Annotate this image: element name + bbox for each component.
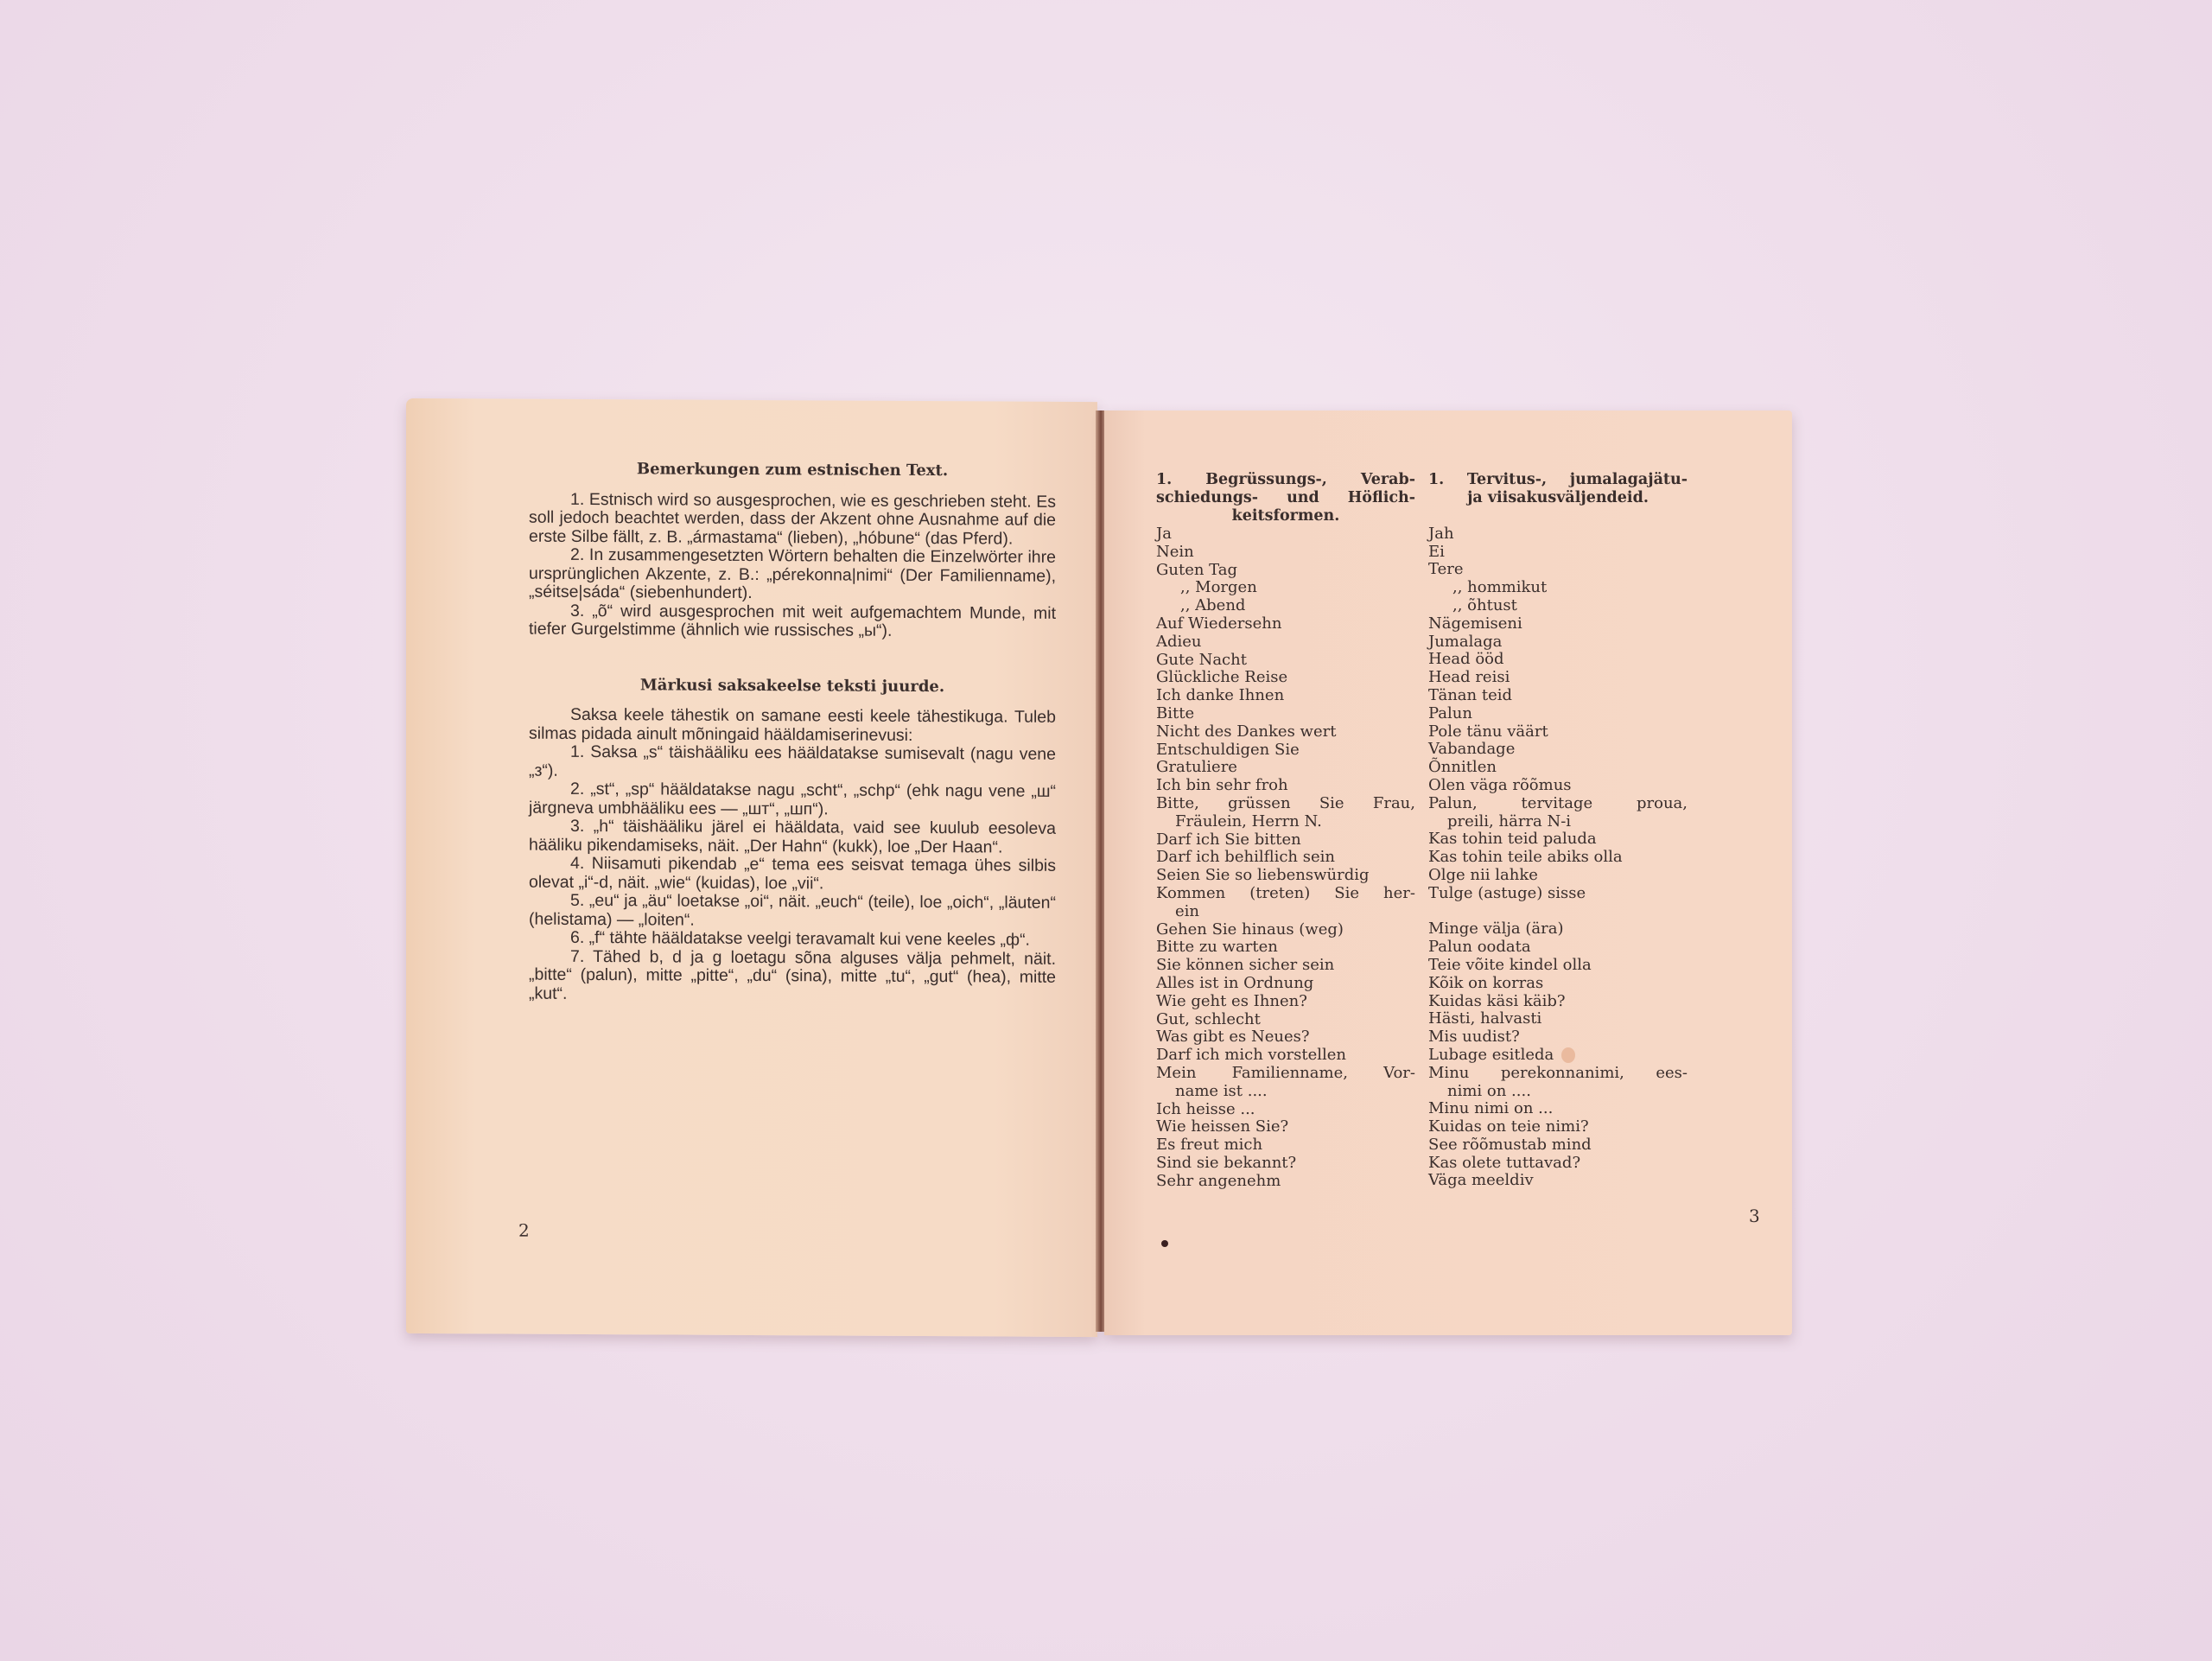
phrase-entry: ein [1156, 903, 1415, 921]
phrase-entry: Kas tohin teile abiks olla [1428, 849, 1688, 867]
phrase-entry: Gratuliere [1156, 759, 1415, 777]
phrase-entry: Teie võite kindel olla [1428, 957, 1688, 975]
phrase-entry: Es freut mich [1156, 1136, 1415, 1155]
phrase-entry: Bitte zu warten [1156, 939, 1415, 957]
phrase-entry: Wie heissen Sie? [1156, 1118, 1415, 1136]
left-page-content: Bemerkungen zum estnischen Text. 1. Estn… [529, 460, 1056, 1006]
phrase-entry: Ja [1156, 525, 1415, 544]
phrase-entry: Tere [1428, 561, 1688, 579]
note-paragraph: 1. Estnisch wird so ausgesprochen, wie e… [529, 490, 1056, 549]
phrase-entry: Kuidas käsi käib? [1428, 993, 1688, 1011]
note-paragraph: 3. „õ“ wird ausgesprochen mit weit aufge… [529, 601, 1056, 641]
phrase-entry: Lubage esitleda [1428, 1047, 1688, 1065]
phrase-entry: Sie können sicher sein [1156, 957, 1415, 975]
phrase-entry: Kas olete tuttavad? [1428, 1155, 1688, 1173]
phrase-entry: Tulge (astuge) sisse [1428, 885, 1688, 903]
german-notes-intro: Saksa keele tähestik on samane eesti kee… [529, 706, 1056, 746]
note-paragraph: 3. „h“ täishääliku järel ei hääldata, va… [529, 818, 1056, 857]
phrase-entry: Olen väga rõõmus [1428, 777, 1688, 795]
estonian-notes-paragraphs: 1. Estnisch wird so ausgesprochen, wie e… [529, 490, 1056, 641]
phrase-entry: Palun, tervitage proua, [1428, 795, 1688, 813]
phrase-entry: ,, Morgen [1156, 579, 1415, 597]
phrase-entry: Väga meeldiv [1428, 1172, 1688, 1190]
phrase-entry: Ich danke Ihnen [1156, 687, 1415, 705]
phrase-entry: Glückliche Reise [1156, 669, 1415, 687]
phrase-entry: Kõik on korras [1428, 975, 1688, 993]
page-number-left: 2 [518, 1220, 530, 1241]
phrase-entry: Wie geht es Ihnen? [1156, 993, 1415, 1011]
phrase-entry: nimi on .... [1428, 1083, 1688, 1101]
paper-stain [1561, 1047, 1575, 1063]
phrase-entry: Jumalaga [1428, 633, 1688, 652]
note-paragraph: 2. „st“, „sp“ hääldatakse nagu „scht“, „… [529, 780, 1056, 820]
phrase-entry: Gehen Sie hinaus (weg) [1156, 921, 1415, 939]
note-paragraph: 1. Saksa „s“ täishääliku ees hääldatakse… [529, 743, 1056, 783]
phrase-entry: Fräulein, Herrn N. [1156, 813, 1415, 831]
note-paragraph: 5. „eu“ ja „äu“ loetakse „oi“, näit. „eu… [529, 892, 1056, 932]
phrase-entry: Ei [1428, 544, 1688, 562]
phrase-entry: Darf ich mich vorstellen [1156, 1047, 1415, 1065]
phrase-entry: Bitte [1156, 705, 1415, 723]
phrase-entry: Darf ich Sie bitten [1156, 831, 1415, 850]
phrase-entry: Minu nimi on ... [1428, 1100, 1688, 1118]
phrase-entry: Kas tohin teid paluda [1428, 830, 1688, 849]
staple-hole [1161, 1240, 1168, 1247]
phrase-entry: See rõõmustab mind [1428, 1136, 1688, 1155]
right-page: 1. Begrüssungs-, Verab- schiedungs- und … [1104, 410, 1792, 1335]
open-booklet: Bemerkungen zum estnischen Text. 1. Estn… [406, 393, 1806, 1344]
note-paragraph: 4. Niisamuti pikendab „e“ tema ees seisv… [529, 855, 1056, 894]
phrase-entry: Nein [1156, 544, 1415, 562]
section-heading-estonian-notes: Bemerkungen zum estnischen Text. [529, 460, 1056, 481]
phrase-entry: Jah [1428, 525, 1688, 544]
phrase-entry: Kommen (treten) Sie her- [1156, 885, 1415, 903]
phrase-entry: Pole tänu väärt [1428, 723, 1688, 741]
phrase-entry: Guten Tag [1156, 562, 1415, 580]
phrase-entry: Nicht des Dankes wert [1156, 723, 1415, 741]
phrase-entry: Kuidas on teie nimi? [1428, 1118, 1688, 1136]
phrase-entry: Head ööd [1428, 651, 1688, 669]
phrase-entry: Sind sie bekannt? [1156, 1155, 1415, 1173]
phrase-entry: Ich bin sehr froh [1156, 777, 1415, 795]
phrase-entry: Mein Familienname, Vor- [1156, 1065, 1415, 1083]
phrase-entry: ,, hommikut [1428, 579, 1688, 597]
phrase-entry: Olge nii lahke [1428, 867, 1688, 885]
phrase-entry: Was gibt es Neues? [1156, 1028, 1415, 1047]
phrase-entry: preili, härra N-i [1428, 813, 1688, 831]
phrase-entry: Minge välja (ära) [1428, 920, 1688, 939]
phrase-entry: Bitte, grüssen Sie Frau, [1156, 795, 1415, 813]
phrase-entry: Gut, schlecht [1156, 1011, 1415, 1029]
german-column-heading: 1. Begrüssungs-, Verab- schiedungs- und … [1156, 471, 1415, 525]
phrase-entry: Minu perekonnanimi, ees- [1428, 1065, 1688, 1083]
phrase-entry: Palun oodata [1428, 939, 1688, 957]
left-page: Bemerkungen zum estnischen Text. 1. Estn… [406, 398, 1097, 1337]
phrase-entry: Nägemiseni [1428, 615, 1688, 633]
phrase-entry: Darf ich behilflich sein [1156, 849, 1415, 867]
estonian-phrase-list: JahEiTere,, hommikut,, õhtustNägemiseniJ… [1428, 525, 1688, 1190]
phrase-entry: Head reisi [1428, 669, 1688, 687]
phrase-entry: Seien Sie so liebenswürdig [1156, 867, 1415, 885]
estonian-phrase-column: 1. Tervitus-, jumalagajätu- ja viisakusv… [1428, 471, 1688, 1190]
section-heading-german-notes: Märkusi saksakeelse teksti juurde. [529, 675, 1056, 697]
phrase-entry: Auf Wiedersehn [1156, 615, 1415, 633]
phrase-entry: Adieu [1156, 633, 1415, 652]
phrase-entry: Ich heisse ... [1156, 1101, 1415, 1119]
page-number-right: 3 [1749, 1206, 1760, 1226]
phrase-entry: ,, Abend [1156, 597, 1415, 615]
german-phrase-column: 1. Begrüssungs-, Verab- schiedungs- und … [1156, 471, 1415, 1190]
phrase-entry: Vabandage [1428, 741, 1688, 759]
phrase-entry: Entschuldigen Sie [1156, 741, 1415, 760]
phrase-entry: Alles ist in Ordnung [1156, 975, 1415, 993]
note-paragraph: 7. Tähed b, d ja g loetagu sõna alguses … [529, 947, 1056, 1006]
phrase-entry: Sehr angenehm [1156, 1173, 1415, 1191]
german-phrase-list: JaNeinGuten Tag,, Morgen,, AbendAuf Wied… [1156, 525, 1415, 1190]
estonian-column-heading: 1. Tervitus-, jumalagajätu- ja viisakusv… [1428, 471, 1688, 507]
phrase-entry: ,, õhtust [1428, 597, 1688, 615]
phrase-entry: Hästi, halvasti [1428, 1010, 1688, 1028]
phrase-entry: Gute Nacht [1156, 652, 1415, 670]
phrase-entry: Palun [1428, 705, 1688, 723]
phrase-entry: Mis uudist? [1428, 1028, 1688, 1047]
phrase-entry: name ist .... [1156, 1083, 1415, 1101]
phrase-entry: Õnnitlen [1428, 759, 1688, 777]
german-notes-paragraphs: 1. Saksa „s“ täishääliku ees hääldatakse… [529, 743, 1056, 1006]
note-paragraph: 2. In zusammengesetzten Wörtern behalten… [529, 546, 1056, 605]
phrase-entry: Tänan teid [1428, 687, 1688, 705]
